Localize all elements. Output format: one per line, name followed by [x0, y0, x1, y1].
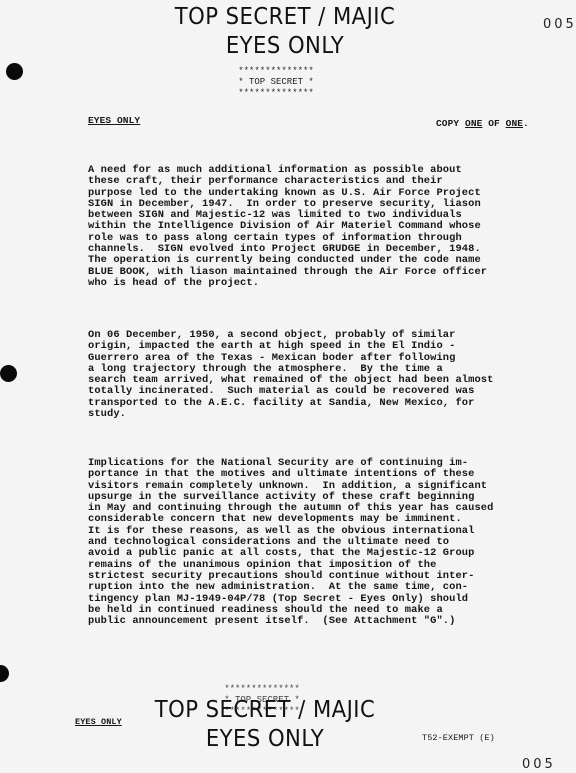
punch-hole-icon [0, 665, 9, 682]
header-copy-count: COPY ONE OF ONE. [436, 118, 529, 129]
paragraph-el-indio-object: On 06 December, 1950, a second object, p… [88, 330, 558, 420]
page-number-bottom: 005 [522, 757, 556, 772]
top-secret-box-top: ************** * TOP SECRET * **********… [224, 66, 328, 99]
stamp-line-2: EYES ONLY [141, 725, 389, 754]
classification-stamp-bottom: TOP SECRET / MAJIC EYES ONLY [141, 696, 389, 754]
text-line: avoid a public panic at all costs, that … [88, 548, 558, 559]
footer-eyes-only: EYES ONLY [75, 717, 122, 728]
text-line: ruption into the new administration. At … [88, 582, 558, 593]
text-line: these craft, their performance character… [88, 176, 558, 187]
paragraph-project-sign: A need for as much additional informatio… [88, 165, 558, 289]
text-line: transported to the A.E.C. facility at Sa… [88, 398, 558, 409]
classification-stamp-top: TOP SECRET / MAJIC EYES ONLY [161, 3, 409, 61]
copy-suffix: . [523, 118, 529, 129]
box-border: ************** [238, 88, 314, 98]
text-line: origin, impacted the earth at high speed… [88, 341, 558, 352]
text-line: who is head of the project. [88, 278, 558, 289]
copy-prefix: COPY [436, 118, 465, 129]
stamp-line-2: EYES ONLY [161, 32, 409, 61]
text-line: study. [88, 409, 558, 420]
paragraph-national-security: Implications for the National Security a… [88, 458, 558, 627]
copy-total: ONE [506, 118, 523, 129]
page-number-top: 005 [543, 17, 576, 32]
header-eyes-only: EYES ONLY [88, 115, 140, 126]
copy-mid: OF [482, 118, 505, 129]
box-border: ************** [224, 684, 300, 694]
punch-hole-icon [0, 365, 17, 382]
copy-number: ONE [465, 118, 482, 129]
punch-hole-icon [6, 63, 23, 80]
box-border: ************** [238, 66, 314, 76]
text-line: public announcement present itself. (See… [88, 616, 558, 627]
stamp-line-1: TOP SECRET / MAJIC [155, 697, 375, 723]
box-label: * TOP SECRET * [238, 77, 314, 87]
text-line: portance in that the motives and ultimat… [88, 469, 558, 480]
text-line: The operation is currently being conduct… [88, 255, 558, 266]
stamp-line-1: TOP SECRET / MAJIC [175, 4, 395, 30]
footer-exempt-code: T52-EXEMPT (E) [422, 733, 495, 744]
